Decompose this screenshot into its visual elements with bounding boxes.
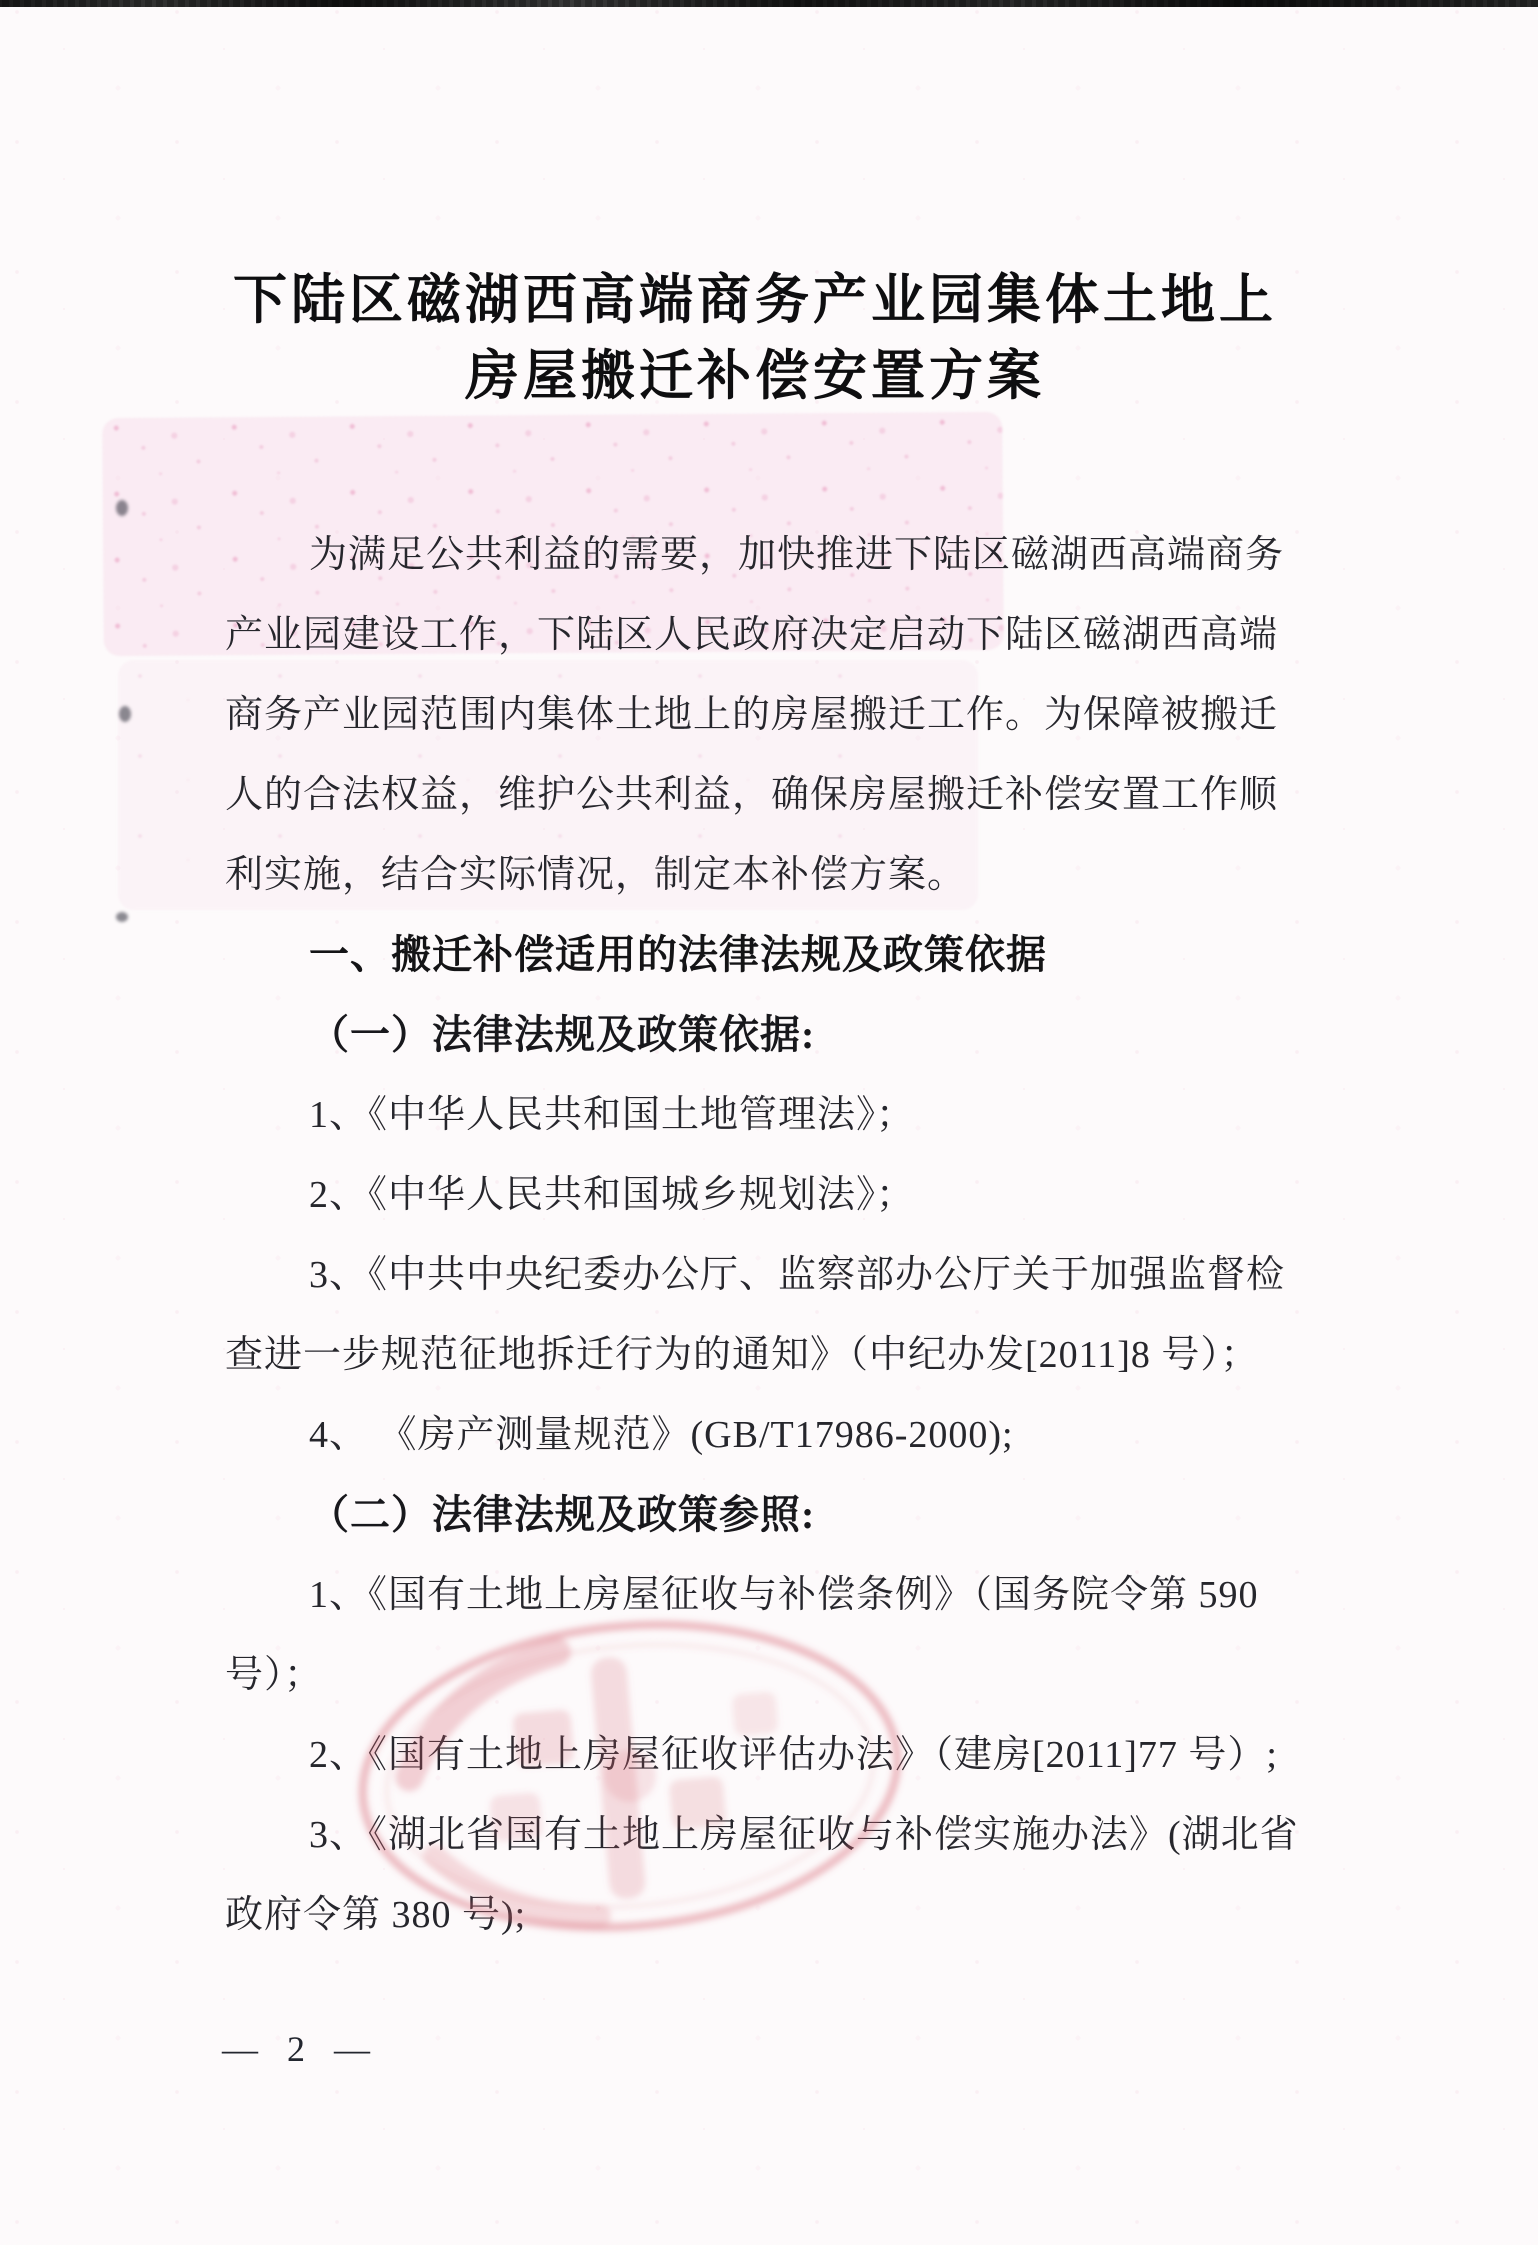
document-body: 为满足公共利益的需要，加快推进下陆区磁湖西高端商务 产业园建设工作，下陆区人民政… (225, 515, 1285, 1955)
subsection-heading: （一）法律法规及政策依据: (225, 995, 1285, 1075)
body-line: 利实施，结合实际情况，制定本补偿方案。 (225, 835, 1285, 915)
body-line: 产业园建设工作，下陆区人民政府决定启动下陆区磁湖西高端 (225, 595, 1285, 675)
body-line: 为满足公共利益的需要，加快推进下陆区磁湖西高端商务 (225, 515, 1285, 595)
page-number: — 2 — (222, 2028, 380, 2070)
list-item-continuation: 查进一步规范征地拆迁行为的通知》（中纪办发[2011]8 号）； (225, 1315, 1285, 1395)
list-item: 2、《国有土地上房屋征收评估办法》（建房[2011]77 号）; (225, 1715, 1285, 1795)
ink-smudge (116, 912, 128, 922)
list-item: 1、《国有土地上房屋征收与补偿条例》（国务院令第 590 (225, 1555, 1285, 1635)
subsection-heading: （二）法律法规及政策参照: (225, 1475, 1285, 1555)
list-item-continuation: 政府令第 380 号); (225, 1875, 1285, 1955)
scanned-document-page: 下陆区磁湖西高端商务产业园集体土地上 房屋搬迁补偿安置方案 为满足公共利益的需要… (0, 0, 1538, 2245)
ink-smudge (116, 500, 128, 516)
list-item: 3、《湖北省国有土地上房屋征收与补偿实施办法》(湖北省 (225, 1795, 1285, 1875)
list-item: 2、《中华人民共和国城乡规划法》； (225, 1155, 1285, 1235)
document-title: 下陆区磁湖西高端商务产业园集体土地上 房屋搬迁补偿安置方案 (180, 262, 1330, 414)
scanner-edge-artifact (0, 0, 1538, 7)
list-item: 3、《中共中央纪委办公厅、监察部办公厅关于加强监督检 (225, 1235, 1285, 1315)
list-item: 1、《中华人民共和国土地管理法》； (225, 1075, 1285, 1155)
body-line: 人的合法权益，维护公共利益，确保房屋搬迁补偿安置工作顺 (225, 755, 1285, 835)
document-title-line2: 房屋搬迁补偿安置方案 (180, 338, 1330, 414)
list-item: 4、 《房产测量规范》(GB/T17986-2000); (225, 1395, 1285, 1475)
list-item-continuation: 号）； (225, 1635, 1285, 1715)
section-heading: 一、搬迁补偿适用的法律法规及政策依据 (225, 915, 1285, 995)
body-line: 商务产业园范围内集体土地上的房屋搬迁工作。为保障被搬迁 (225, 675, 1285, 755)
ink-smudge (119, 706, 131, 722)
document-title-line1: 下陆区磁湖西高端商务产业园集体土地上 (180, 262, 1330, 338)
